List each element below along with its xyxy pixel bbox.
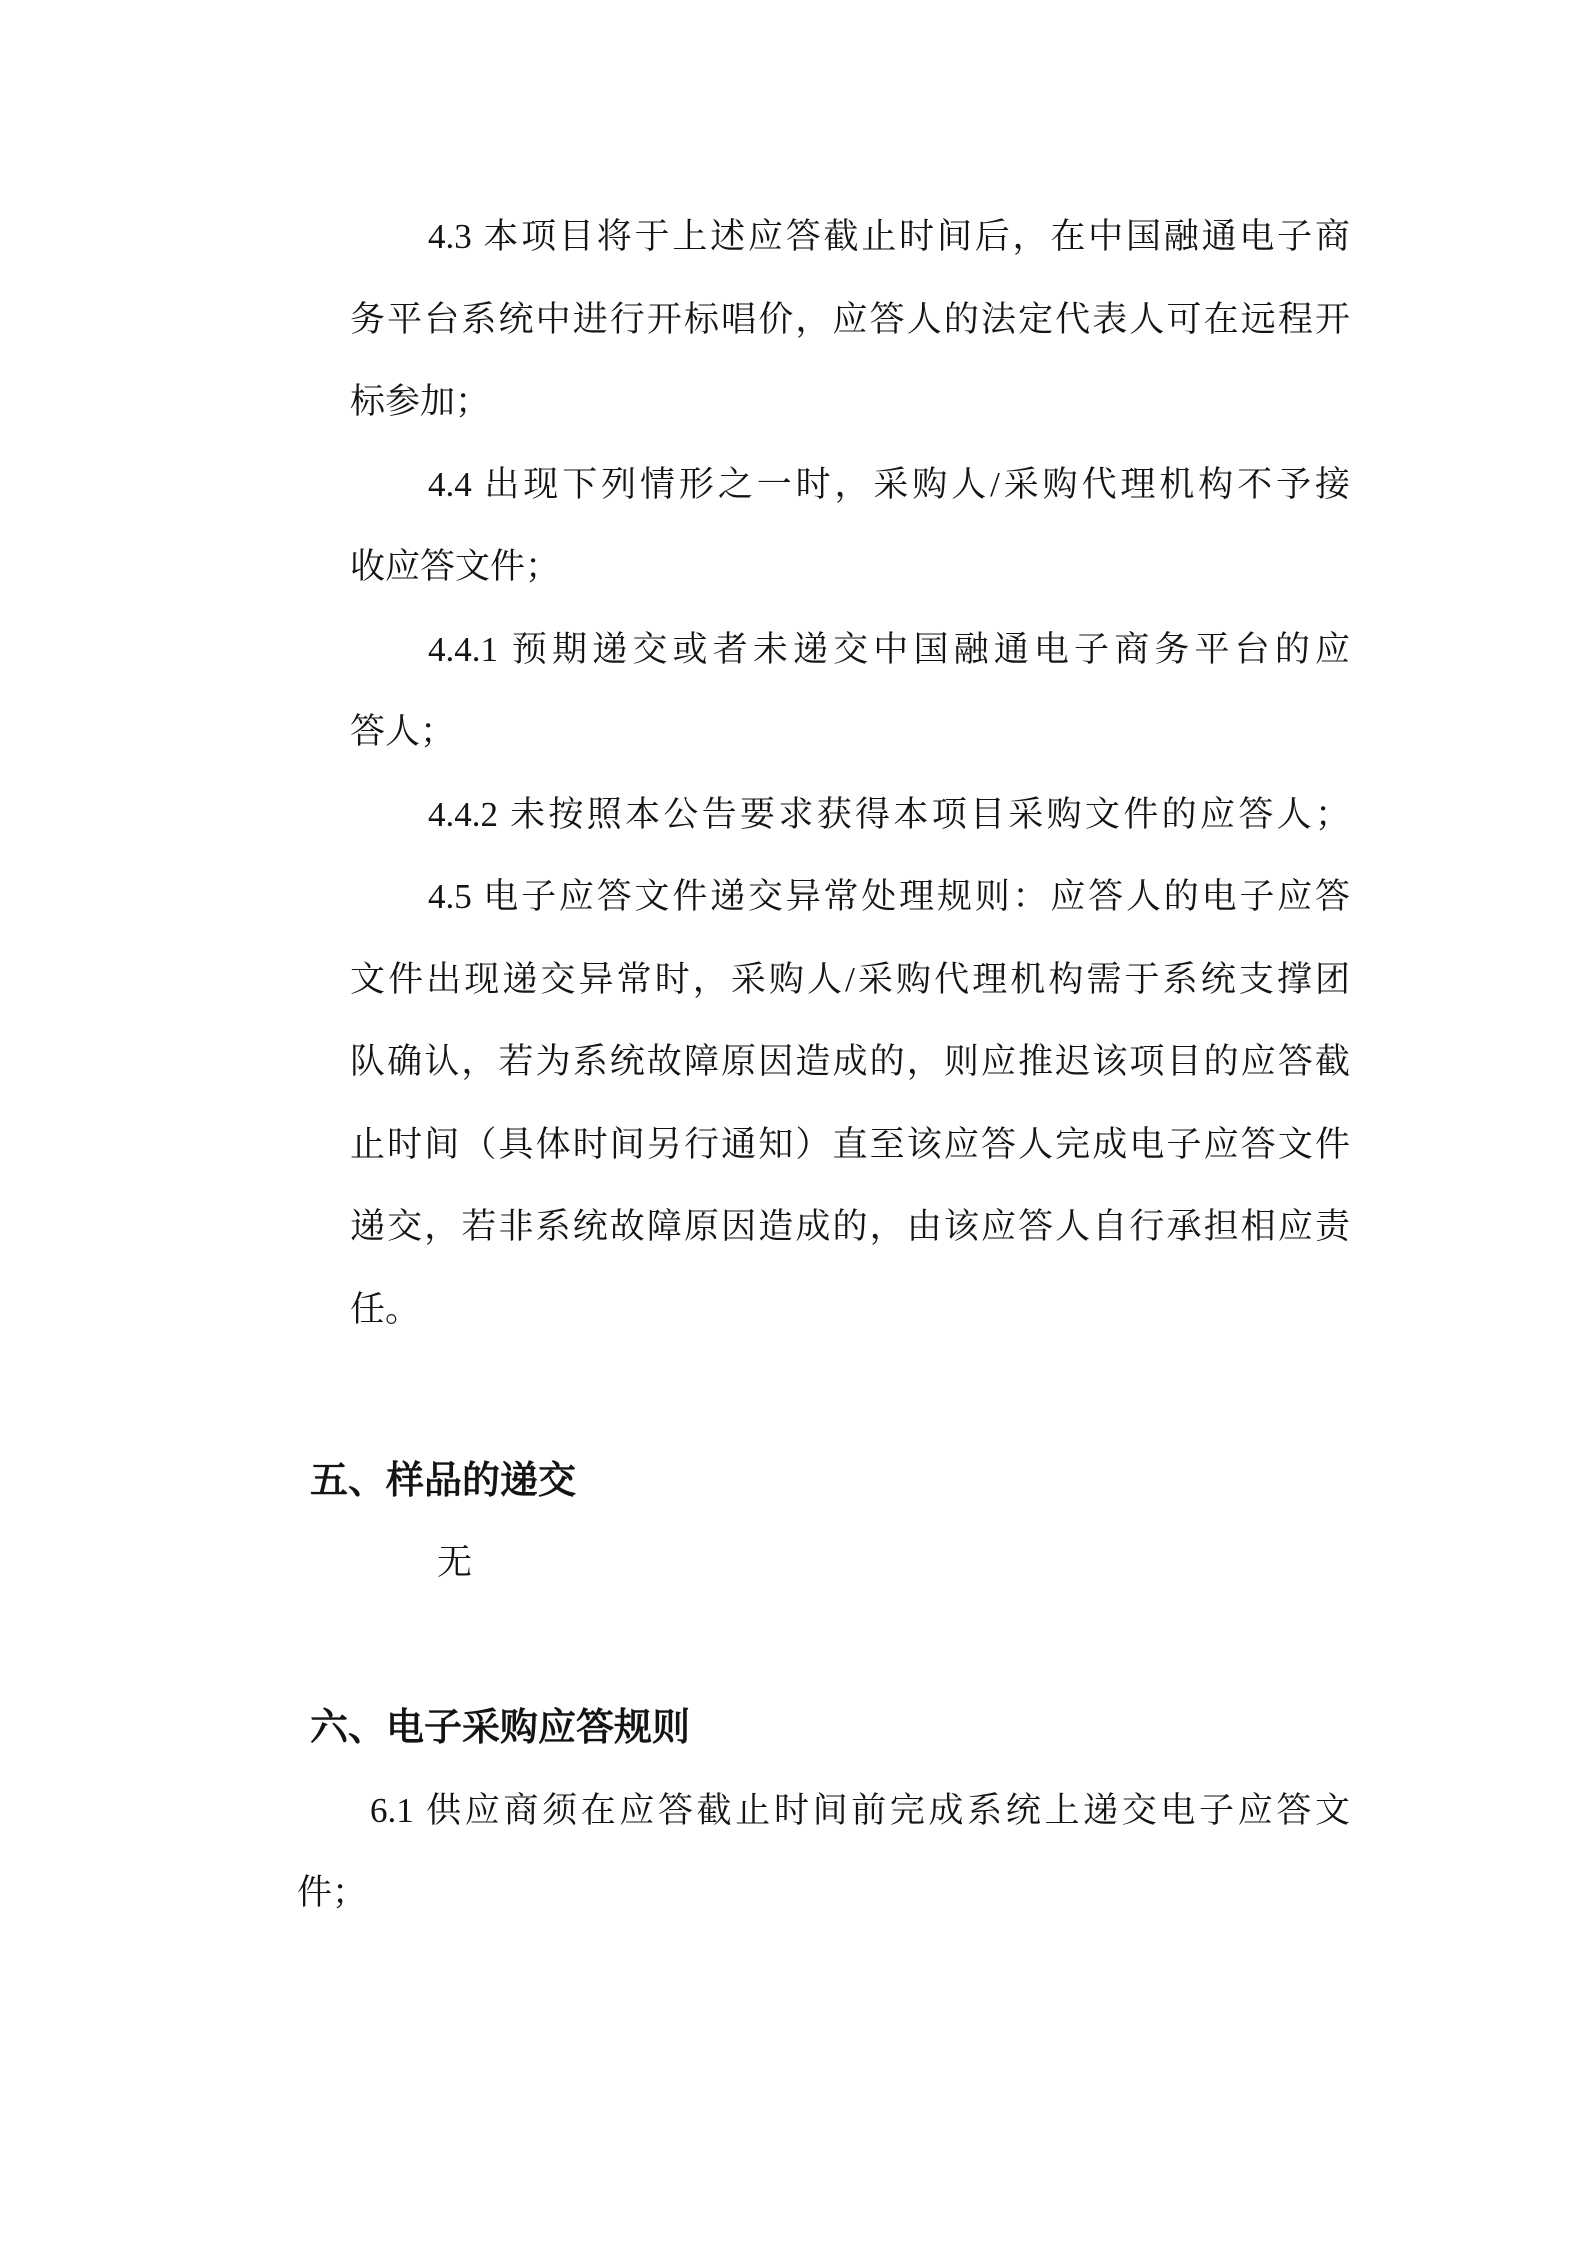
clause-4-5-line-6: 任。 (350, 1269, 1350, 1352)
clause-4-3-line-3: 标参加； (350, 361, 1350, 444)
clause-4-4-line-2: 收应答文件； (350, 526, 1350, 609)
section-6-heading: 六、电子采购应答规则 (310, 1687, 1587, 1770)
clause-4-5-line-2: 文件出现递交异常时，采购人/采购代理机构需于系统支撑团 (350, 939, 1350, 1022)
document-page: 4.3 本项目将于上述应答截止时间后，在中国融通电子商 务平台系统中进行开标唱价… (0, 0, 1587, 2245)
clause-4-3-line-2: 务平台系统中进行开标唱价，应答人的法定代表人可在远程开 (350, 279, 1350, 362)
section-5-value: 无 (437, 1522, 1587, 1605)
clause-6-1-line-2: 件； (297, 1852, 1350, 1935)
clause-4-5-line-3: 队确认，若为系统故障原因造成的，则应推迟该项目的应答截 (350, 1021, 1350, 1104)
clause-4-3-line-1: 4.3 本项目将于上述应答截止时间后，在中国融通电子商 (350, 196, 1350, 279)
document-body: 4.3 本项目将于上述应答截止时间后，在中国融通电子商 务平台系统中进行开标唱价… (0, 196, 1587, 1935)
clause-6-1-line-1: 6.1 供应商须在应答截止时间前完成系统上递交电子应答文 (297, 1770, 1350, 1853)
section-5-heading: 五、样品的递交 (310, 1440, 1587, 1523)
clause-4-4-1-line-1: 4.4.1 预期递交或者未递交中国融通电子商务平台的应 (350, 609, 1350, 692)
clause-4-5-line-5: 递交，若非系统故障原因造成的，由该应答人自行承担相应责 (350, 1186, 1350, 1269)
clause-4-5-line-1: 4.5 电子应答文件递交异常处理规则：应答人的电子应答 (350, 856, 1350, 939)
clause-4-4-2-line-1: 4.4.2 未按照本公告要求获得本项目采购文件的应答人； (350, 774, 1350, 857)
clause-4-4-line-1: 4.4 出现下列情形之一时，采购人/采购代理机构不予接 (350, 444, 1350, 527)
blank-line (0, 1605, 1587, 1688)
clause-4-5-line-4: 止时间（具体时间另行通知）直至该应答人完成电子应答文件 (350, 1104, 1350, 1187)
clause-4-4-1-line-2: 答人； (350, 691, 1350, 774)
blank-line (0, 1351, 1587, 1434)
